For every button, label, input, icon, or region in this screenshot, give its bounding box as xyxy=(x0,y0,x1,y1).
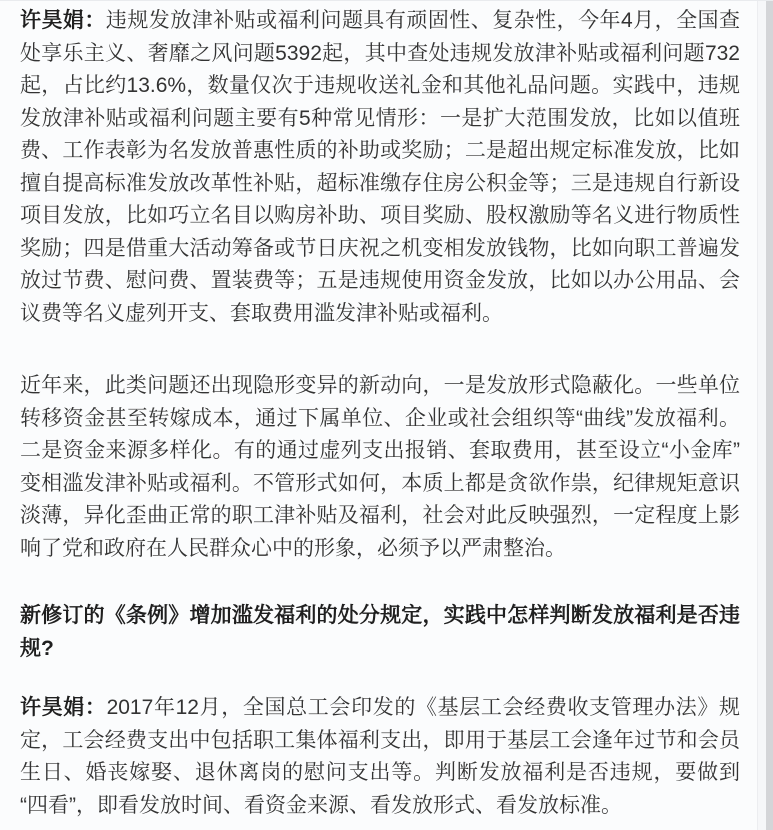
scrollbar-thumb[interactable] xyxy=(766,1,773,830)
paragraph-text: 2017年12月，全国总工会印发的《基层工会经费收支管理办法》规定，工会经费支出… xyxy=(20,696,740,817)
paragraph-answer-2: 许昊娟：2017年12月，全国总工会印发的《基层工会经费收支管理办法》规定，工会… xyxy=(20,692,740,822)
question-heading: 新修订的《条例》增加滥发福利的处分规定，实践中怎样判断发放福利是否违规? xyxy=(20,600,740,665)
paragraph-text: 近年来，此类问题还出现隐形变异的新动向，一是发放形式隐蔽化。一些单位转移资金甚至… xyxy=(20,374,740,560)
paragraph-text: 违规发放津补贴或福利问题具有顽固性、复杂性，今年4月，全国查处享乐主义、奢靡之风… xyxy=(20,9,740,325)
article-page: 许昊娟：违规发放津补贴或福利问题具有顽固性、复杂性，今年4月，全国查处享乐主义、… xyxy=(0,0,773,830)
speaker-name: 许昊娟： xyxy=(20,9,106,32)
paragraph-answer-1: 许昊娟：违规发放津补贴或福利问题具有顽固性、复杂性，今年4月，全国查处享乐主义、… xyxy=(20,5,740,330)
article-content: 许昊娟：违规发放津补贴或福利问题具有顽固性、复杂性，今年4月，全国查处享乐主义、… xyxy=(0,1,757,822)
speaker-name: 许昊娟： xyxy=(20,696,107,719)
paragraph-new-trends: 近年来，此类问题还出现隐形变异的新动向，一是发放形式隐蔽化。一些单位转移资金甚至… xyxy=(20,370,740,565)
scrollbar-track[interactable] xyxy=(757,1,773,830)
